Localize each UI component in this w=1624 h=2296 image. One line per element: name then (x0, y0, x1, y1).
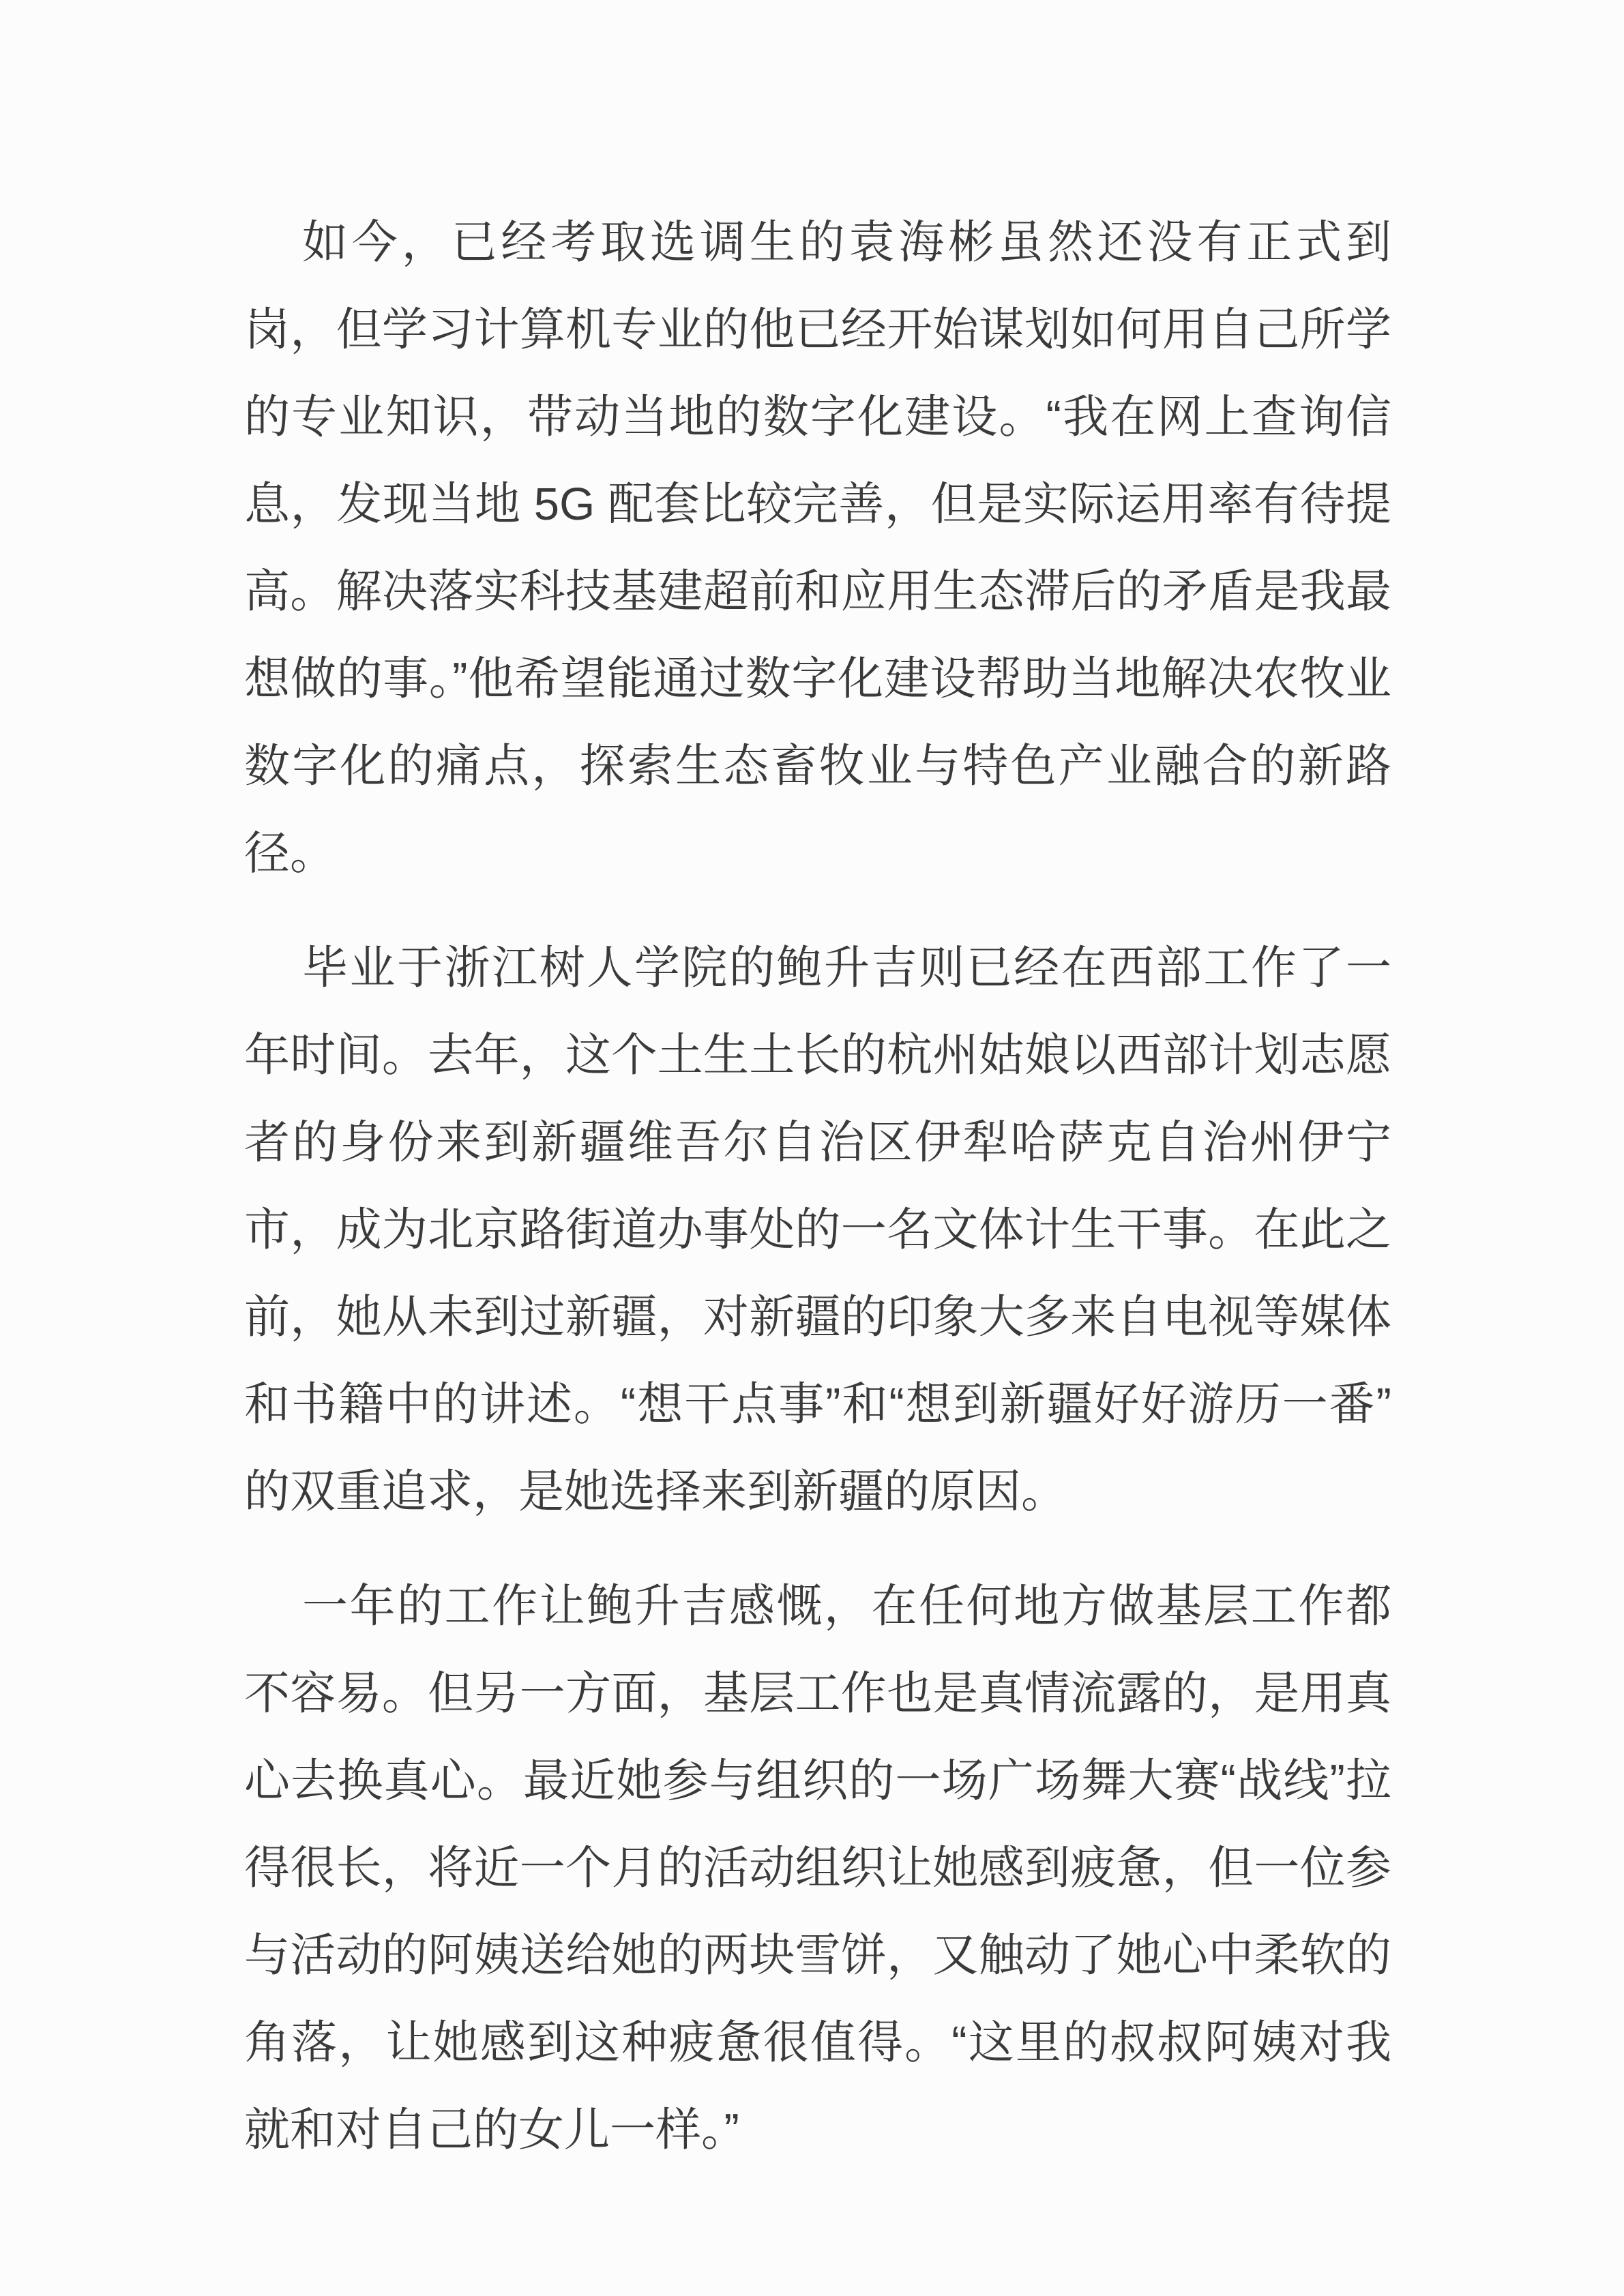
paragraph-3: 一年的工作让鲍升吉感慨，在任何地方做基层工作都不容易。但另一方面，基层工作也是真… (244, 1563, 1391, 2174)
paragraph-2: 毕业于浙江树人学院的鲍升吉则已经在西部工作了一年时间。去年，这个土生土长的杭州姑… (244, 925, 1391, 1536)
paragraph-1: 如今，已经考取选调生的袁海彬虽然还没有正式到岗，但学习计算机专业的他已经开始谋划… (244, 199, 1391, 897)
document-page: 如今，已经考取选调生的袁海彬虽然还没有正式到岗，但学习计算机专业的他已经开始谋划… (0, 0, 1624, 2296)
article-body: 如今，已经考取选调生的袁海彬虽然还没有正式到岗，但学习计算机专业的他已经开始谋划… (244, 199, 1391, 2201)
